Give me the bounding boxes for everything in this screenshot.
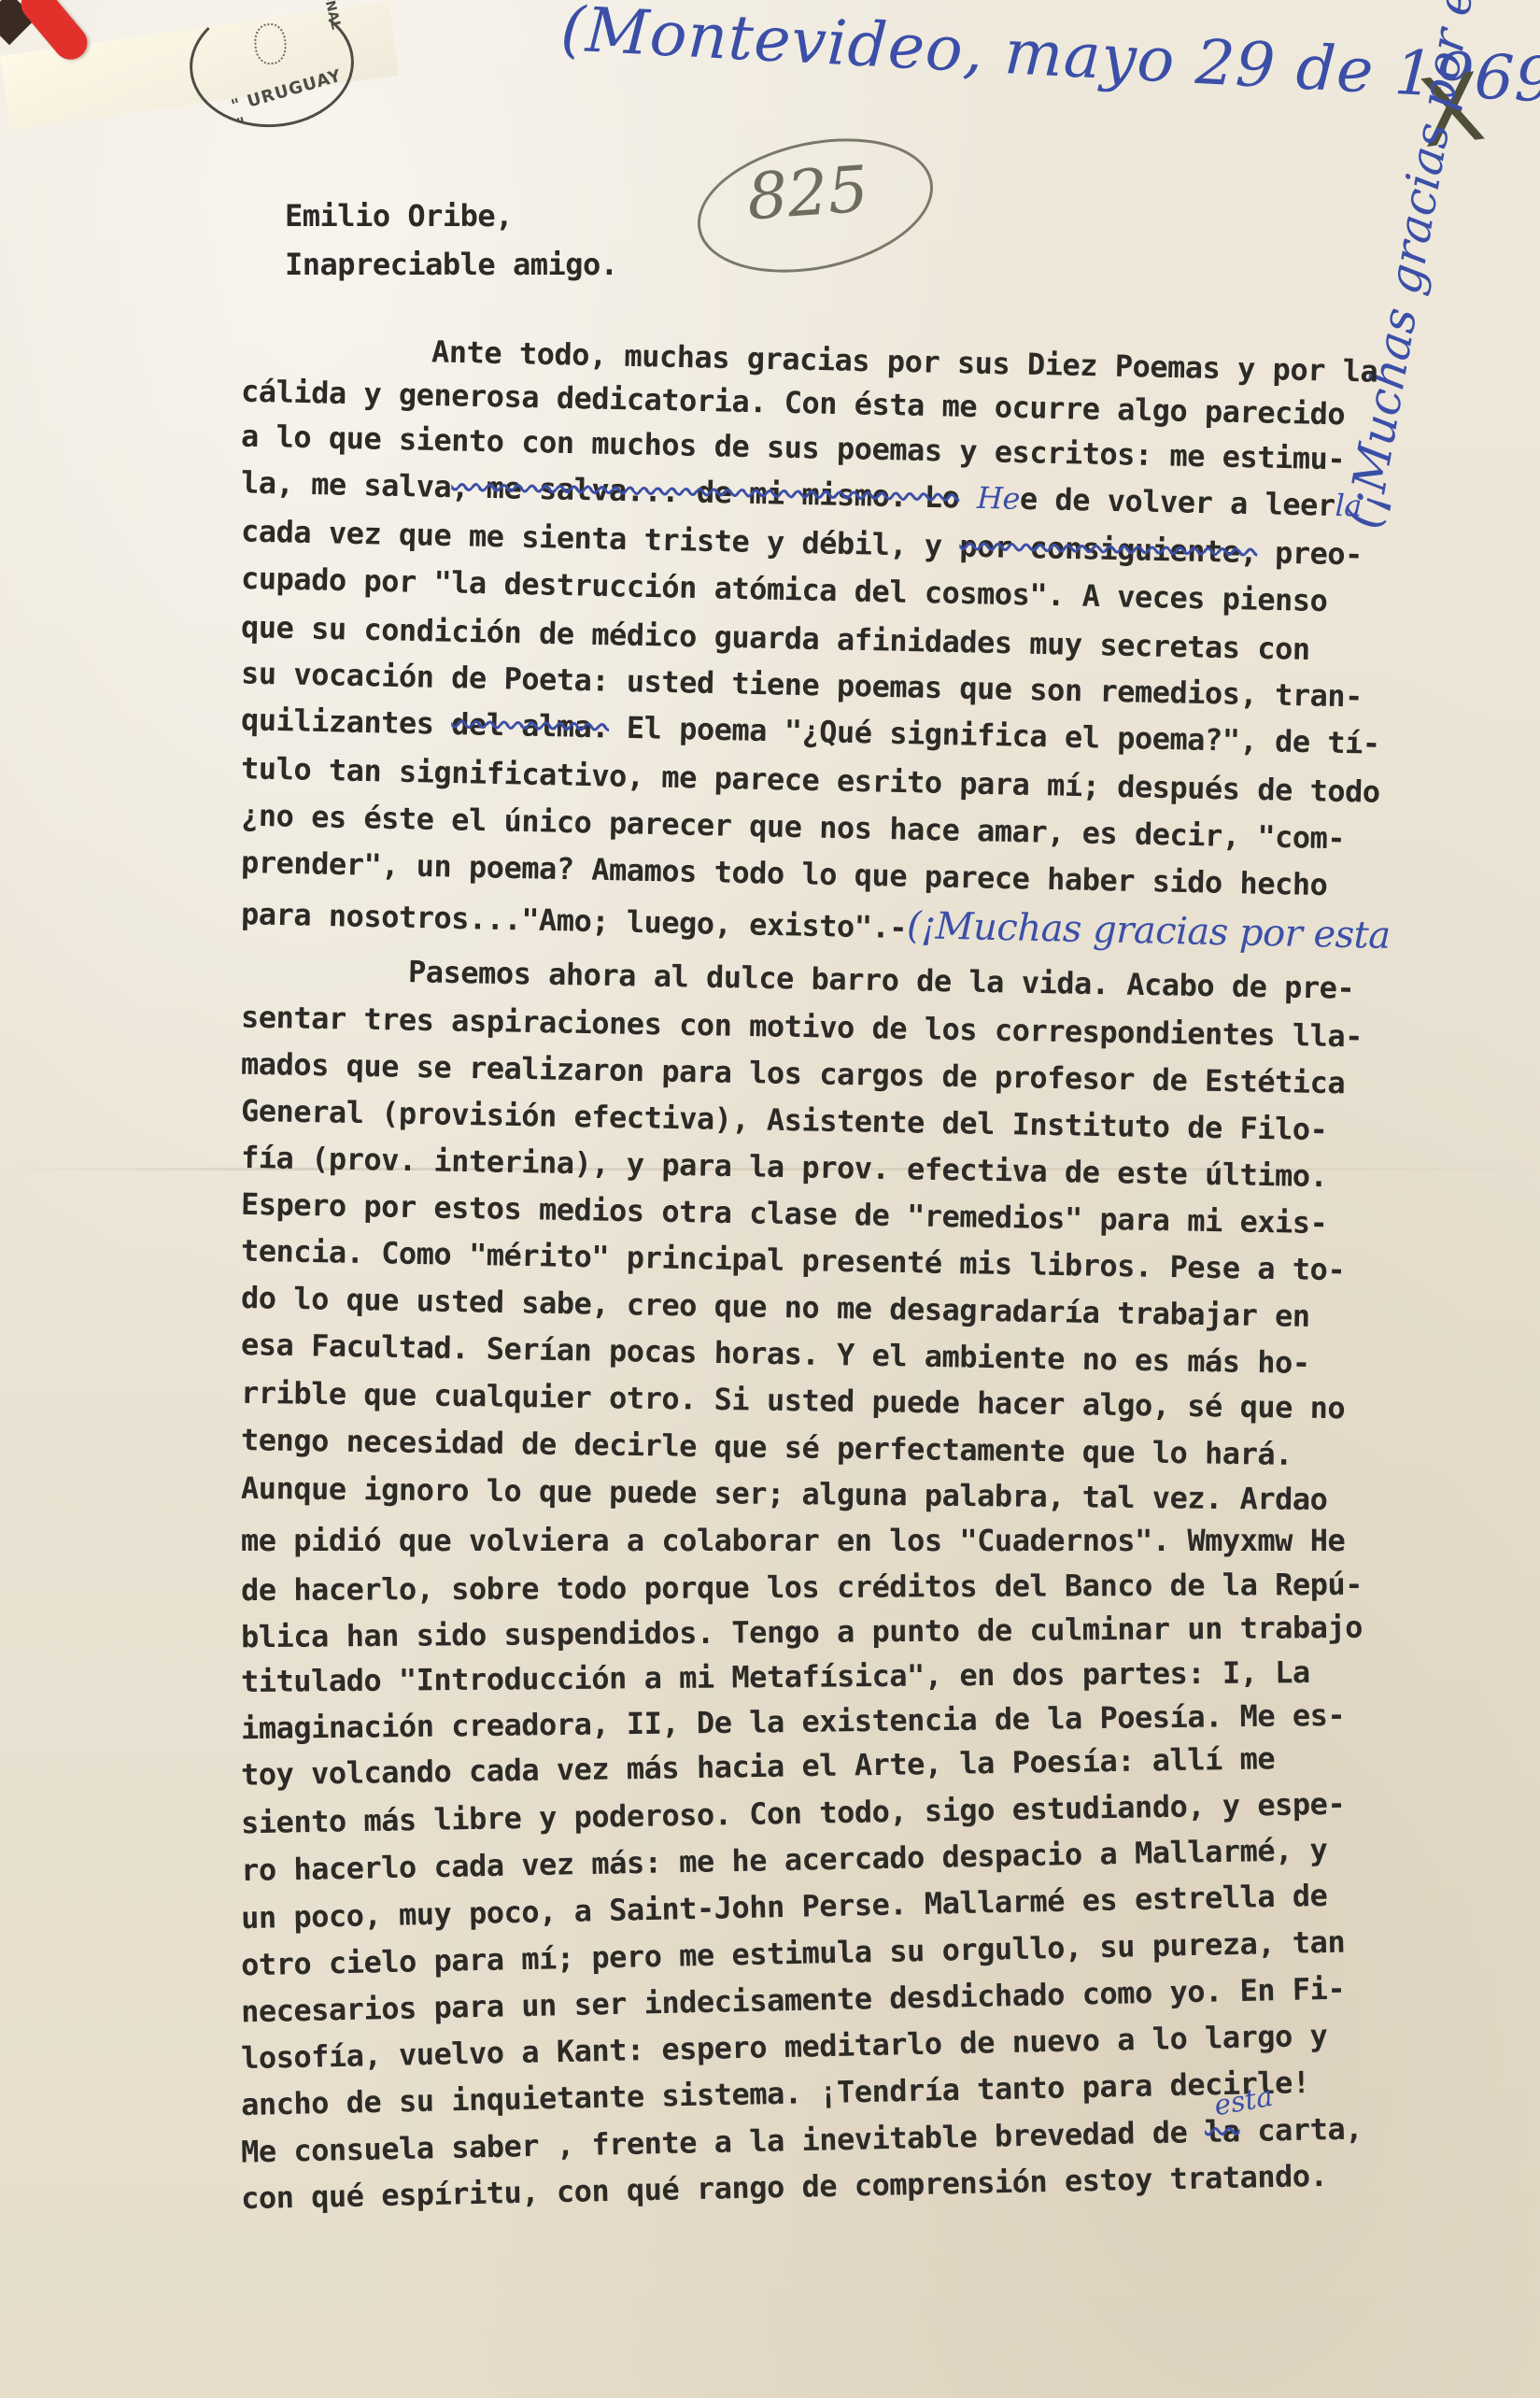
stamp-text-uruguay: " URUGUAY " bbox=[229, 64, 357, 135]
p2-line-26-rest: carta, bbox=[1239, 2110, 1363, 2149]
struck-text: por consiguiente, bbox=[959, 529, 1258, 571]
archive-number: 825 bbox=[744, 153, 870, 235]
p2-line-15: blica han sido suspendidos. Tengo a punt… bbox=[241, 1610, 1363, 1654]
p2-line-5: fía (prov. interina), y para la prov. ef… bbox=[241, 1140, 1328, 1194]
p1-line-9-rest: El poema "¿Qué significa el poema?", de … bbox=[609, 709, 1380, 760]
p2-line-18: toy volcando cada vez más hacia el Arte,… bbox=[241, 1740, 1276, 1792]
ink-insert-he: He bbox=[977, 480, 1021, 517]
p2-line-19: siento más libre y poderoso. Con todo, s… bbox=[241, 1786, 1346, 1841]
p2-line-11: tengo necesidad de decirle que sé perfec… bbox=[241, 1422, 1293, 1472]
struck-text: , me salva... de mi mismo. Lo bbox=[451, 469, 960, 515]
struck-text: del alma. bbox=[451, 706, 610, 745]
p2-line-12: Aunque ignoro lo que puede ser; alguna p… bbox=[241, 1470, 1328, 1517]
p2-line-4: General (provisión efectiva), Asistente … bbox=[241, 1093, 1328, 1147]
p2-line-2: sentar tres aspiraciones con motivo de l… bbox=[241, 1000, 1363, 1055]
p2-line-7: tencia. Como "mérito" principal presenté… bbox=[241, 1233, 1346, 1288]
p1-line-4-start: la, me salva bbox=[241, 464, 452, 504]
p1-line-4-rest: e de volver a leer bbox=[1020, 481, 1336, 523]
stamp-emblem-icon bbox=[253, 22, 288, 65]
p1-line-13: para nosotros..."Amo; luego, existo".-(¡… bbox=[241, 890, 1391, 958]
ink-insert-la: la bbox=[1335, 488, 1362, 524]
letter-page: NACIONAL " URUGUAY " (Montevideo, mayo 2… bbox=[0, 0, 1540, 2398]
p2-line-16: titulado "Introducción a mi Metafísica",… bbox=[241, 1654, 1310, 1699]
inline-handwritten-note: (¡Muchas gracias por esta bbox=[907, 904, 1392, 958]
recipient-name: Emilio Oribe, bbox=[285, 198, 513, 234]
p1-line-9-start: quilizantes bbox=[241, 702, 434, 741]
p2-line-1: Pasemos ahora al dulce barro de la vida.… bbox=[408, 954, 1355, 1006]
p2-line-17: imaginación creadora, II, De la existenc… bbox=[241, 1697, 1346, 1746]
p2-line-9: esa Facultad. Serían pocas horas. Y el a… bbox=[241, 1327, 1310, 1381]
p2-line-25: ancho de su inquietante sistema. ¡Tendrí… bbox=[241, 2065, 1310, 2122]
p1-line-13-text: para nosotros..."Amo; luego, existo".- bbox=[241, 896, 908, 945]
p2-line-26-start: Me consuela saber , frente a la inevitab… bbox=[241, 2114, 1188, 2169]
p1-line-6: cupado por "la destrucción atómica del c… bbox=[241, 560, 1328, 618]
p2-line-10: rrible que cualquier otro. Si usted pued… bbox=[241, 1375, 1346, 1426]
p1-line-5-start: cada vez que me sienta triste y débil, y bbox=[241, 513, 942, 563]
p2-line-14: de hacerlo, sobre todo porque los crédit… bbox=[241, 1567, 1363, 1608]
p2-line-8: do lo que usted sabe, creo que no me des… bbox=[241, 1280, 1310, 1334]
p2-line-6: Espero por estos medios otra clase de "r… bbox=[241, 1186, 1328, 1241]
p2-line-20: ro hacerlo cada vez más: me he acercado … bbox=[241, 1832, 1328, 1888]
p2-line-3: mados que se realizaron para los cargos … bbox=[241, 1046, 1346, 1101]
greeting: Inapreciable amigo. bbox=[285, 247, 618, 282]
p2-line-27: con qué espíritu, con qué rango de compr… bbox=[241, 2158, 1328, 2216]
archive-stamp: NACIONAL " URUGUAY " bbox=[186, 0, 359, 133]
p2-line-13: me pidió que volviera a colaborar en los… bbox=[241, 1523, 1345, 1558]
handwritten-place-date: (Montevideo, mayo 29 de 1969 bbox=[559, 0, 1540, 117]
p1-line-5-rest: preo- bbox=[1257, 534, 1363, 572]
stamp-text-nacional: NACIONAL bbox=[310, 0, 343, 31]
